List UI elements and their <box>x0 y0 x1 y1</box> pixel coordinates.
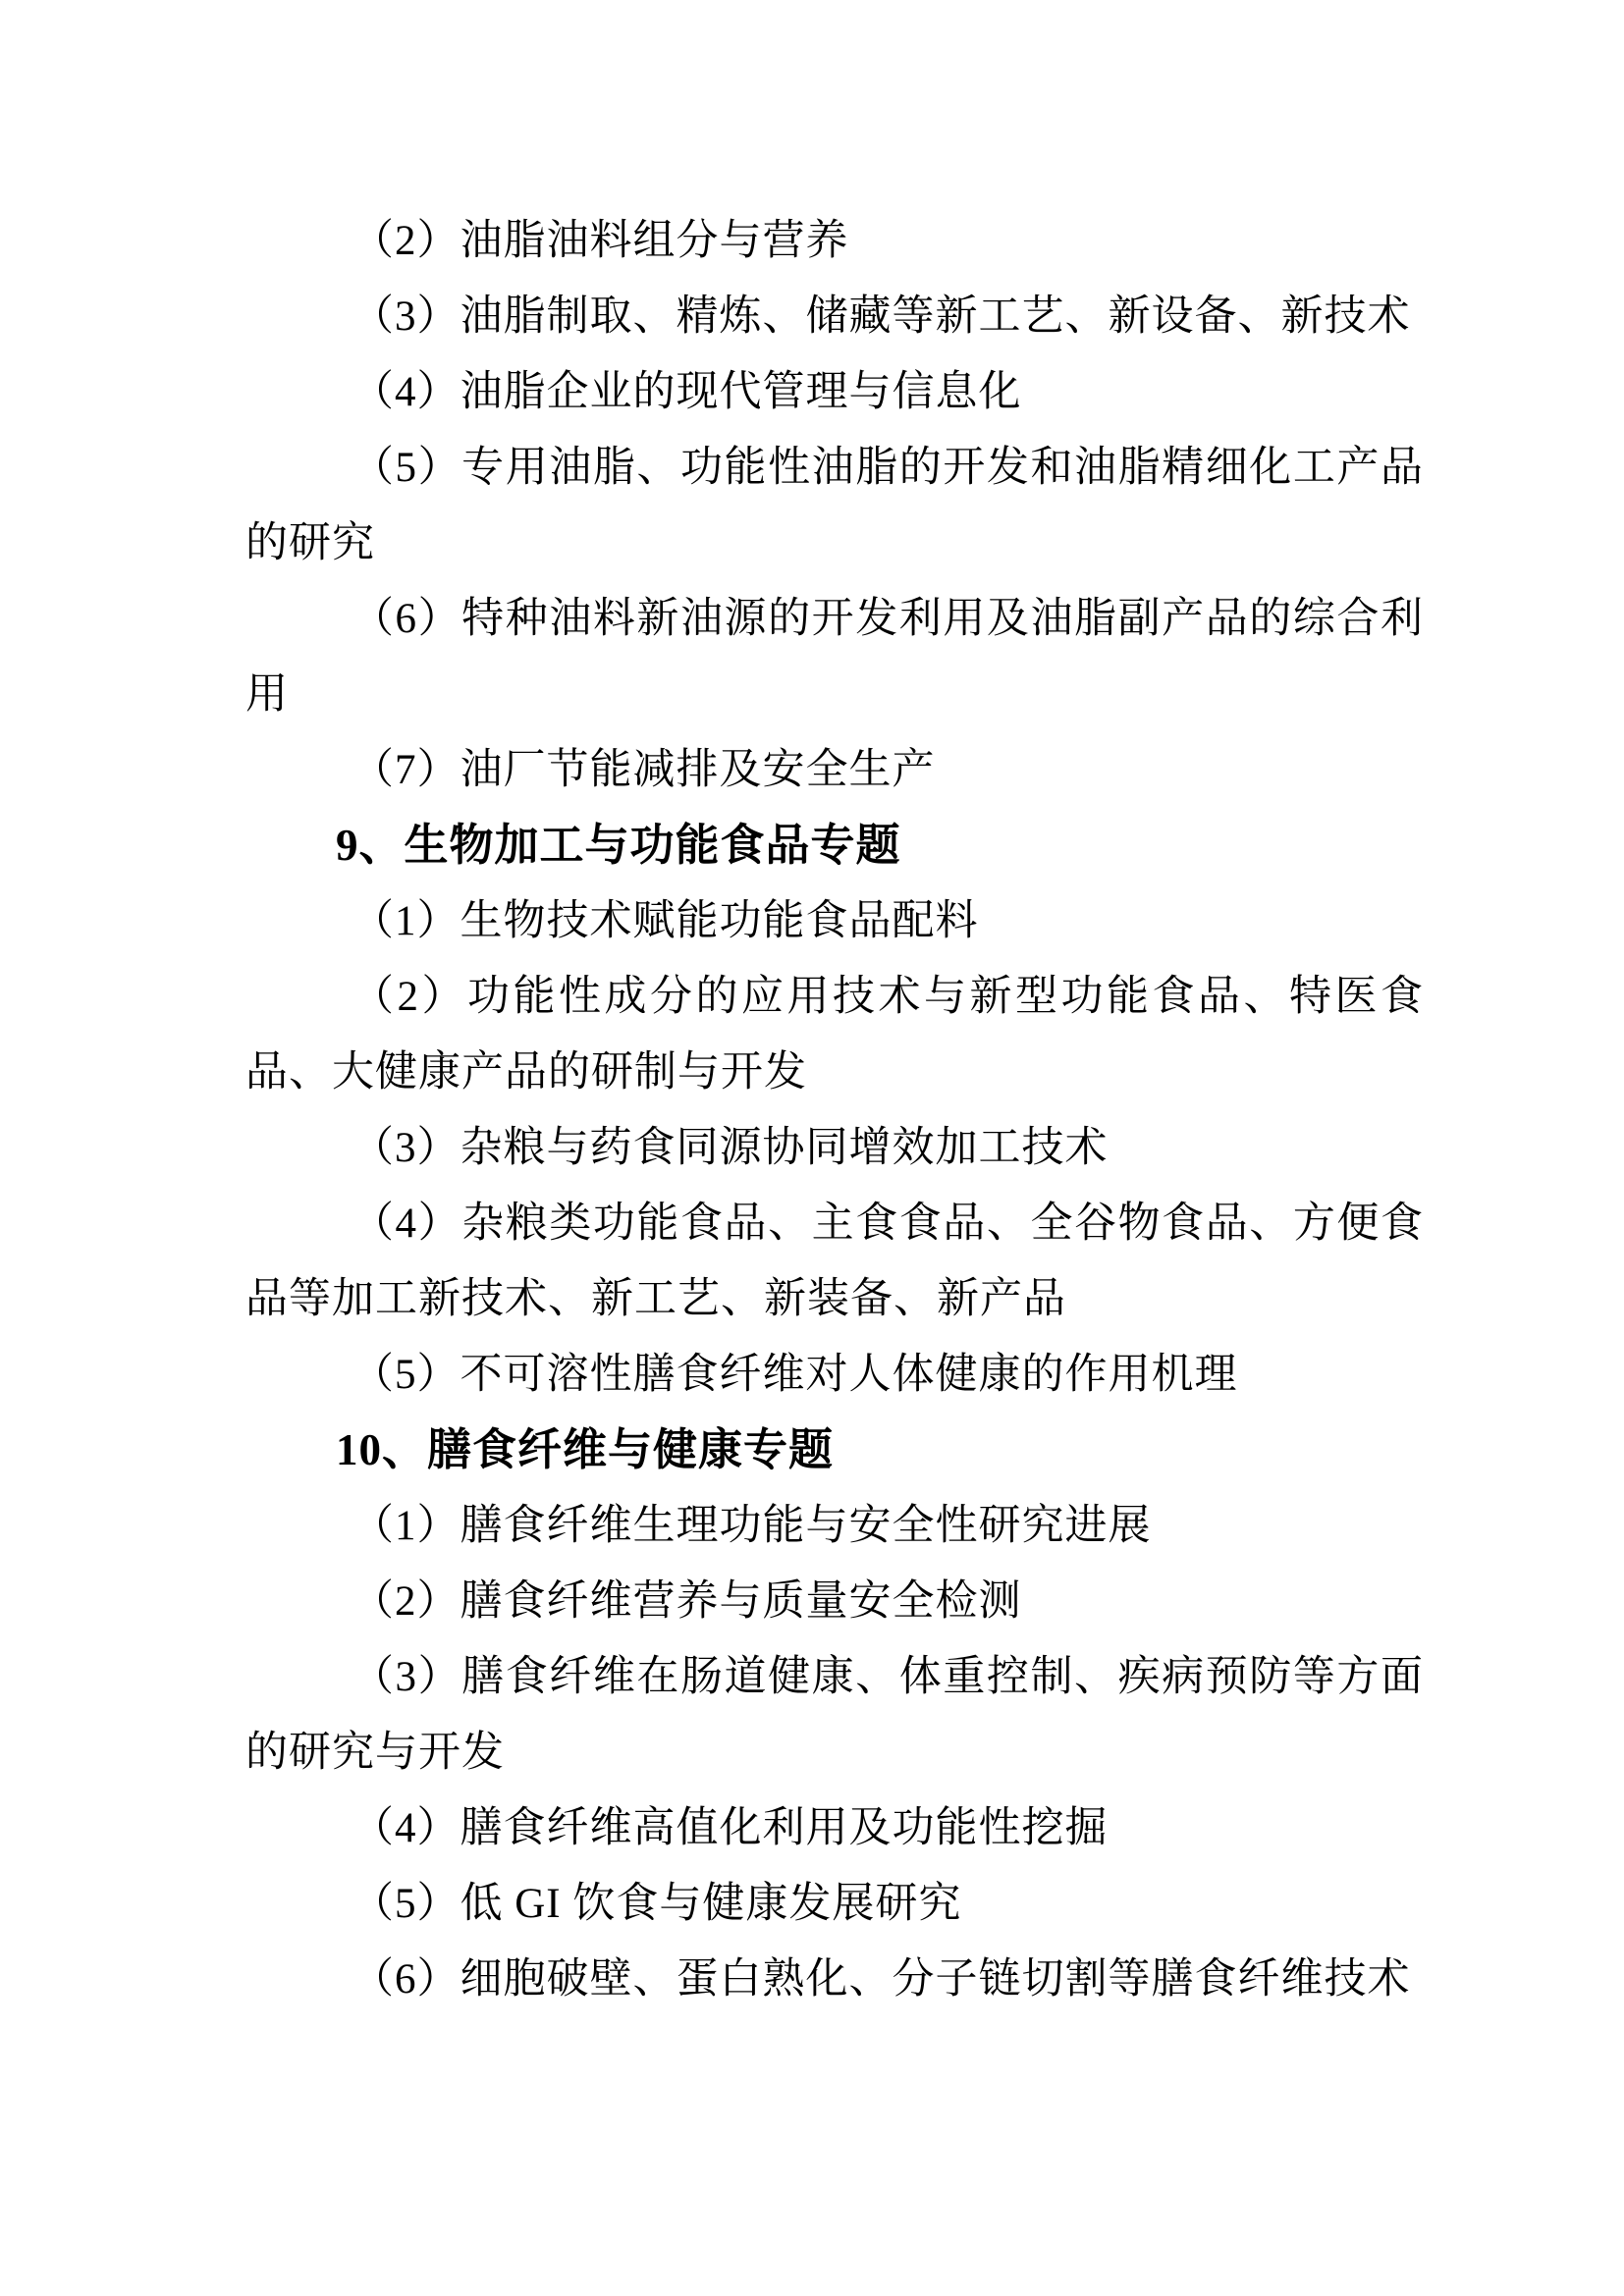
text-line: 品等加工新技术、新工艺、新装备、新产品 <box>245 1261 1424 1337</box>
text-line: （6）特种油料新油源的开发利用及油脂副产品的综合利 <box>245 581 1424 657</box>
text-line: （7）油厂节能减排及安全生产 <box>245 732 1424 808</box>
text-line: 的研究 <box>245 506 1424 581</box>
text-line: （5）低 GI 饮食与健康发展研究 <box>245 1866 1424 1942</box>
text-line: 用 <box>245 657 1424 732</box>
section-heading: 9、生物加工与功能食品专题 <box>245 808 1424 883</box>
section-heading: 10、膳食纤维与健康专题 <box>245 1413 1424 1488</box>
text-line: （1）生物技术赋能功能食品配料 <box>245 883 1424 959</box>
text-line: （2）油脂油料组分与营养 <box>245 203 1424 279</box>
text-line: （3）膳食纤维在肠道健康、体重控制、疾病预防等方面 <box>245 1639 1424 1715</box>
text-line: 品、大健康产品的研制与开发 <box>245 1035 1424 1110</box>
text-line: （4）膳食纤维高值化利用及功能性挖掘 <box>245 1790 1424 1866</box>
text-line: （2）膳食纤维营养与质量安全检测 <box>245 1564 1424 1639</box>
text-line: 的研究与开发 <box>245 1715 1424 1790</box>
text-line: （4）油脂企业的现代管理与信息化 <box>245 354 1424 430</box>
text-line: （3）油脂制取、精炼、储藏等新工艺、新设备、新技术 <box>245 279 1424 354</box>
document-body: （2）油脂油料组分与营养（3）油脂制取、精炼、储藏等新工艺、新设备、新技术（4）… <box>245 203 1424 2017</box>
text-line: （5）专用油脂、功能性油脂的开发和油脂精细化工产品 <box>245 430 1424 506</box>
text-line: （6）细胞破壁、蛋白熟化、分子链切割等膳食纤维技术 <box>245 1942 1424 2017</box>
document-page: （2）油脂油料组分与营养（3）油脂制取、精炼、储藏等新工艺、新设备、新技术（4）… <box>0 0 1624 2296</box>
text-line: （5）不可溶性膳食纤维对人体健康的作用机理 <box>245 1337 1424 1413</box>
text-line: （2）功能性成分的应用技术与新型功能食品、特医食 <box>245 959 1424 1035</box>
text-line: （4）杂粮类功能食品、主食食品、全谷物食品、方便食 <box>245 1186 1424 1261</box>
text-line: （3）杂粮与药食同源协同增效加工技术 <box>245 1110 1424 1186</box>
text-line: （1）膳食纤维生理功能与安全性研究进展 <box>245 1488 1424 1564</box>
